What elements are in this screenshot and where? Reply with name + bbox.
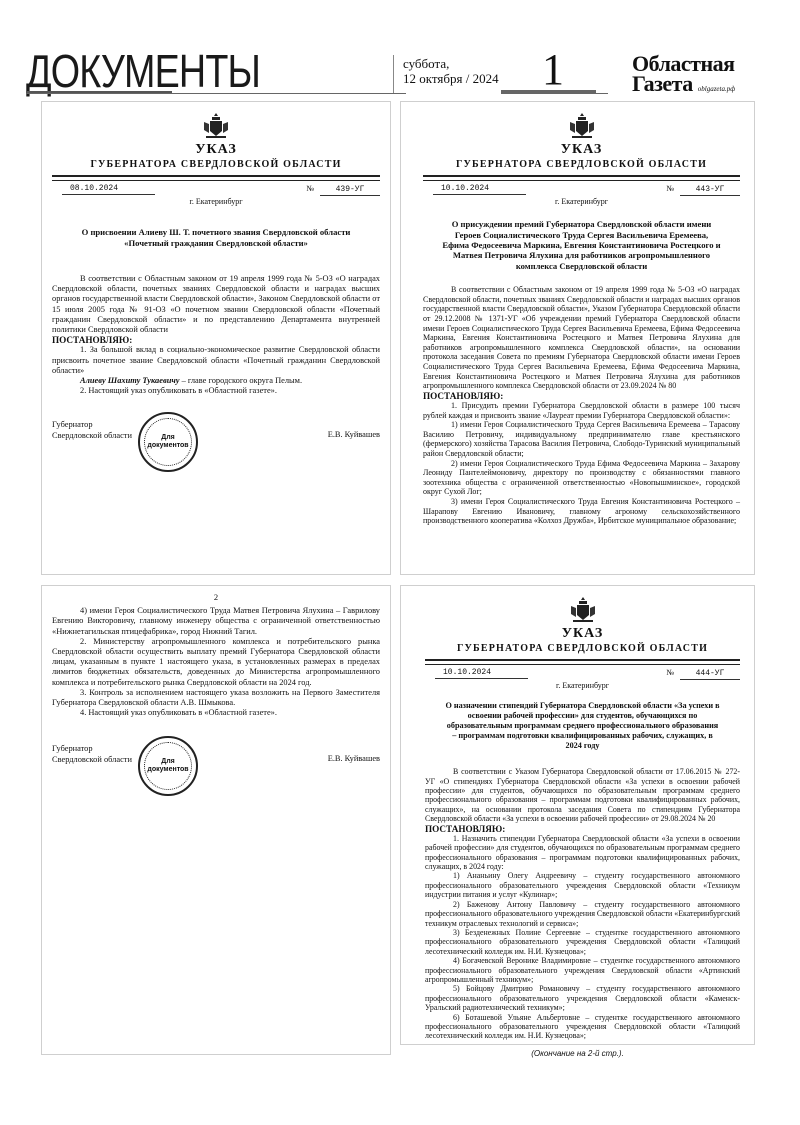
decree-date: 08.10.2024 bbox=[62, 184, 155, 195]
decree-subitem-4: 4) имени Героя Социалистического Труда М… bbox=[52, 606, 380, 637]
header-rule bbox=[423, 175, 740, 181]
decree-preamble: В соответствии с Областным законом от 19… bbox=[52, 274, 380, 335]
decree-number: 444-УГ bbox=[680, 669, 740, 680]
decree-item-1: 1. Присудить премии Губернатора Свердлов… bbox=[423, 401, 740, 420]
date-number-line: 10.10.2024 №443-УГ bbox=[423, 184, 740, 196]
signer-name: Е.В. Куйвашев bbox=[328, 430, 380, 440]
decree-preamble: В соответствии с Областным законом от 19… bbox=[423, 285, 740, 391]
page-number-line bbox=[501, 93, 608, 94]
decree-number: 443-УГ bbox=[680, 185, 740, 196]
issue-weekday: суббота, bbox=[403, 56, 499, 71]
decree-item-2: 2. Настоящий указ опубликовать в «Област… bbox=[52, 386, 380, 396]
header-rule bbox=[425, 659, 740, 665]
stamp-text-2: документов bbox=[147, 766, 188, 774]
header-rule bbox=[52, 175, 380, 181]
number-sign: № bbox=[666, 668, 674, 677]
logo-line-2: Газета bbox=[632, 71, 693, 96]
decree-city: г. Екатеринбург bbox=[423, 197, 740, 207]
logo-site: oblgazeta.рф bbox=[698, 85, 735, 93]
recipients-list: 1) Ананьину Олегу Андреевичу – студенту … bbox=[425, 871, 740, 1040]
decree-type: УКАЗ bbox=[423, 142, 740, 157]
decree-443-page-2: 2 4) имени Героя Социалистического Труда… bbox=[41, 585, 391, 1055]
decree-issuer: ГУБЕРНАТОРА СВЕРДЛОВСКОЙ ОБЛАСТИ bbox=[425, 643, 740, 655]
list-item: 5) Бойцову Дмитрию Романовичу – студенту… bbox=[425, 984, 740, 1012]
decree-title: О присвоении Алиеву Ш. Т. почетного зван… bbox=[52, 227, 380, 248]
coat-of-arms-icon bbox=[569, 112, 595, 140]
number-sign: № bbox=[306, 184, 314, 193]
page-number: 1 bbox=[542, 48, 564, 92]
decree-preamble: В соответствии с Указом Губернатора Свер… bbox=[425, 767, 740, 823]
newspaper-logo: Областная Газета oblgazeta.рф bbox=[632, 54, 735, 99]
decree-title: О присуждении премий Губернатора Свердло… bbox=[423, 219, 740, 271]
awardee-role: – главе городского округа Пелым. bbox=[179, 376, 302, 385]
masthead-divider bbox=[26, 93, 406, 94]
decree-item-2: 2. Министерству агропромышленного компле… bbox=[52, 637, 380, 688]
stamp-icon: Длядокументов bbox=[138, 412, 198, 472]
decree-issuer: ГУБЕРНАТОРА СВЕРДЛОВСКОЙ ОБЛАСТИ bbox=[423, 159, 740, 171]
signer-title: Губернатор bbox=[52, 744, 132, 754]
list-item: 4) Богачевской Веронике Владимировне – с… bbox=[425, 956, 740, 984]
section-title: ДОКУМЕНТЫ bbox=[26, 48, 260, 94]
list-item: 6) Боташевой Ульяне Альбертовне – студен… bbox=[425, 1013, 740, 1041]
list-item: 2) Баженову Антону Павловичу – студенту … bbox=[425, 900, 740, 928]
signature-block: ГубернаторСвердловской области Длядокуме… bbox=[52, 420, 380, 480]
signer-title: Губернатор bbox=[52, 420, 132, 430]
list-item: 1) Ананьину Олегу Андреевичу – студенту … bbox=[425, 871, 740, 899]
decree-item-4: 4. Настоящий указ опубликовать в «Област… bbox=[52, 708, 380, 718]
decree-type: УКАЗ bbox=[52, 142, 380, 157]
list-item: 3) Безденежных Полине Сергеевне – студен… bbox=[425, 928, 740, 956]
decree-type: УКАЗ bbox=[425, 626, 740, 641]
stamp-text-2: документов bbox=[147, 442, 188, 450]
stamp-text-1: Для bbox=[147, 434, 188, 442]
date-number-line: 08.10.2024 №439-УГ bbox=[52, 184, 380, 196]
issue-full-date: 12 октября / 2024 bbox=[403, 71, 499, 86]
signer-region: Свердловской области bbox=[52, 755, 132, 765]
decree-subitem-3: 3) имени Героя Социалистического Труда Е… bbox=[423, 497, 740, 526]
decree-city: г. Екатеринбург bbox=[52, 197, 380, 207]
decree-item-1: 1. Назначить стипендии Губернатора Сверд… bbox=[425, 834, 740, 872]
decree-item-1: 1. За большой вклад в социально-экономич… bbox=[52, 345, 380, 376]
coat-of-arms-icon bbox=[203, 112, 229, 140]
continuation-note: (Окончание на 2-й стр.). bbox=[400, 1049, 755, 1058]
stamp-text-1: Для bbox=[147, 758, 188, 766]
issue-date: суббота, 12 октября / 2024 bbox=[403, 56, 499, 86]
awardee-name: Алиеву Шахиту Тукаевичу bbox=[80, 376, 179, 385]
signer-region: Свердловской области bbox=[52, 431, 132, 441]
decree-city: г. Екатеринбург bbox=[425, 681, 740, 691]
decree-443-page-1: УКАЗ ГУБЕРНАТОРА СВЕРДЛОВСКОЙ ОБЛАСТИ 10… bbox=[400, 101, 755, 575]
number-sign: № bbox=[666, 184, 674, 193]
decree-issuer: ГУБЕРНАТОРА СВЕРДЛОВСКОЙ ОБЛАСТИ bbox=[52, 159, 380, 171]
stamp-icon: Длядокументов bbox=[138, 736, 198, 796]
masthead: ДОКУМЕНТЫ суббота, 12 октября / 2024 1 О… bbox=[0, 0, 800, 100]
coat-of-arms-icon bbox=[570, 596, 596, 624]
decree-resolution-word: ПОСТАНОВЛЯЮ: bbox=[423, 391, 740, 401]
decree-resolution-word: ПОСТАНОВЛЯЮ: bbox=[52, 335, 380, 345]
decree-item-3: 3. Контроль за исполнением настоящего ук… bbox=[52, 688, 380, 708]
document-page-number: 2 bbox=[52, 592, 380, 602]
masthead-separator bbox=[393, 55, 394, 93]
decree-date: 10.10.2024 bbox=[433, 184, 526, 195]
signer-name: Е.В. Куйвашев bbox=[328, 754, 380, 764]
decree-439: УКАЗ ГУБЕРНАТОРА СВЕРДЛОВСКОЙ ОБЛАСТИ 08… bbox=[41, 101, 391, 575]
decree-resolution-word: ПОСТАНОВЛЯЮ: bbox=[425, 824, 740, 834]
decree-number: 439-УГ bbox=[320, 185, 380, 196]
date-number-line: 10.10.2024 №444-УГ bbox=[425, 668, 740, 680]
decree-title: О назначении стипендий Губернатора Сверд… bbox=[425, 701, 740, 751]
decree-subitem-1: 1) имени Героя Социалистического Труда С… bbox=[423, 420, 740, 458]
decree-date: 10.10.2024 bbox=[435, 668, 528, 679]
decree-subitem-2: 2) имени Героя Социалистического Труда Е… bbox=[423, 459, 740, 497]
signature-block: ГубернаторСвердловской области Длядокуме… bbox=[52, 744, 380, 804]
decree-444: УКАЗ ГУБЕРНАТОРА СВЕРДЛОВСКОЙ ОБЛАСТИ 10… bbox=[400, 585, 755, 1045]
